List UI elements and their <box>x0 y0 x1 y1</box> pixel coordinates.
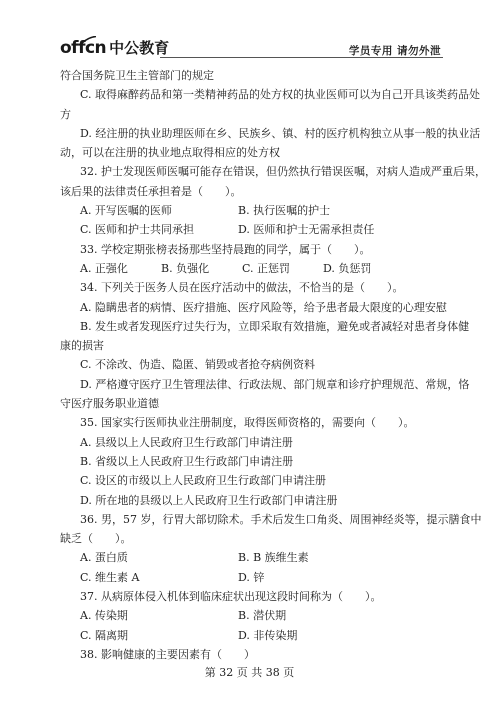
question-36-options-row-1: A. 蛋白质 B. B 族维生素 <box>60 548 446 567</box>
logo-chinese-name: 中公教育 <box>109 38 169 58</box>
option-c: C. 设区的市级以上人民政府卫生行政部门申请注册 <box>60 471 446 490</box>
option-b: B. 潜伏期 <box>238 606 286 625</box>
option-c: C. 不涂改、伪造、隐匿、销毁或者抢夺病例资料 <box>60 355 446 374</box>
question-37-stem: 37. 从病原体侵入机体到临床症状出现这段时间称为（ ）。 <box>60 587 446 606</box>
option-c: C. 正惩罚 <box>242 259 323 278</box>
document-body: 符合国务院卫生主管部门的规定 C. 取得麻醉药品和第一类精神药品的处方权的执业医… <box>60 66 446 664</box>
option-a: A. 隐瞒患者的病情、医疗措施、医疗风险等，给予患者最大限度的心理安慰 <box>60 298 446 317</box>
option-b: B. B 族维生素 <box>238 548 309 567</box>
question-36-stem-cont: 缺乏（ ）。 <box>60 529 446 548</box>
option-b-cont: 康的损害 <box>60 336 446 355</box>
option-b: B. 省级以上人民政府卫生行政部门申请注册 <box>60 452 446 471</box>
option-a: A. 蛋白质 <box>80 548 238 567</box>
question-33-stem: 33. 学校定期张榜表扬那些坚持晨跑的同学，属于（ ）。 <box>60 240 446 259</box>
question-38-stem: 38. 影响健康的主要因素有（ ） <box>60 645 446 664</box>
option-d: D. 医师和护士无需承担责任 <box>238 220 374 239</box>
question-33-options: A. 正强化 B. 负强化 C. 正惩罚 D. 负惩罚 <box>60 259 446 278</box>
page-header: offcn 中公教育 学员专用 请勿外泄 <box>60 38 443 60</box>
option-a: A. 传染期 <box>80 606 238 625</box>
question-34-stem: 34. 下列关于医务人员在医疗活动中的做法，不恰当的是（ ）。 <box>60 278 446 297</box>
question-32-stem: 32. 护士发现医师医嘱可能存在错误，但仍然执行错误医嘱，对病人造成严重后果， <box>60 162 446 181</box>
option-b: B. 负强化 <box>161 259 242 278</box>
option-d: D. 严格遵守医疗卫生管理法律、行政法规、部门规章和诊疗护理规范、常规，恪 <box>60 375 446 394</box>
text-line: D. 经注册的执业助理医师在乡、民族乡、镇、村的医疗机构独立从事一般的执业活 <box>60 124 446 143</box>
option-c: C. 维生素 A <box>80 568 238 587</box>
confidential-notice: 学员专用 请勿外泄 <box>349 43 441 58</box>
question-35-stem: 35. 国家实行医师执业注册制度，取得医师资格的，需要向（ ）。 <box>60 413 446 432</box>
question-36-options-row-2: C. 维生素 A D. 锌 <box>60 568 446 587</box>
question-36-stem: 36. 男，57 岁，行胃大部切除术。手术后发生口角炎、周围神经炎等，提示膳食中 <box>60 510 446 529</box>
text-line: C. 取得麻醉药品和第一类精神药品的处方权的执业医师可以为自己开具该类药品处 <box>60 85 446 104</box>
option-c: C. 医师和护士共同承担 <box>80 220 238 239</box>
option-d: D. 非传染期 <box>238 626 297 645</box>
option-d: D. 所在地的县级以上人民政府卫生行政部门申请注册 <box>60 491 446 510</box>
option-a: A. 开写医嘱的医师 <box>80 201 238 220</box>
logo-swoosh-icon <box>81 36 97 44</box>
option-b: B. 发生或者发现医疗过失行为，立即采取有效措施，避免或者减轻对患者身体健 <box>60 317 446 336</box>
text-line: 动，可以在注册的执业地点取得相应的处方权 <box>60 143 446 162</box>
option-d-cont: 守医疗服务职业道德 <box>60 394 446 413</box>
option-a: A. 县级以上人民政府卫生行政部门申请注册 <box>60 433 446 452</box>
page-number: 第 32 页 共 38 页 <box>0 664 499 680</box>
text-line: 方 <box>60 105 446 124</box>
question-37-options-row-1: A. 传染期 B. 潜伏期 <box>60 606 446 625</box>
option-d: D. 负惩罚 <box>323 259 371 278</box>
option-c: C. 隔离期 <box>80 626 238 645</box>
question-32-options-row-1: A. 开写医嘱的医师 B. 执行医嘱的护士 <box>60 201 446 220</box>
option-a: A. 正强化 <box>80 259 161 278</box>
offcn-logo: offcn 中公教育 <box>60 38 169 58</box>
option-b: B. 执行医嘱的护士 <box>238 201 330 220</box>
question-32-stem-cont: 该后果的法律责任承担着是（ ）。 <box>60 182 446 201</box>
text-line: 符合国务院卫生主管部门的规定 <box>60 66 446 85</box>
question-32-options-row-2: C. 医师和护士共同承担 D. 医师和护士无需承担责任 <box>60 220 446 239</box>
option-d: D. 锌 <box>238 568 264 587</box>
question-37-options-row-2: C. 隔离期 D. 非传染期 <box>60 626 446 645</box>
